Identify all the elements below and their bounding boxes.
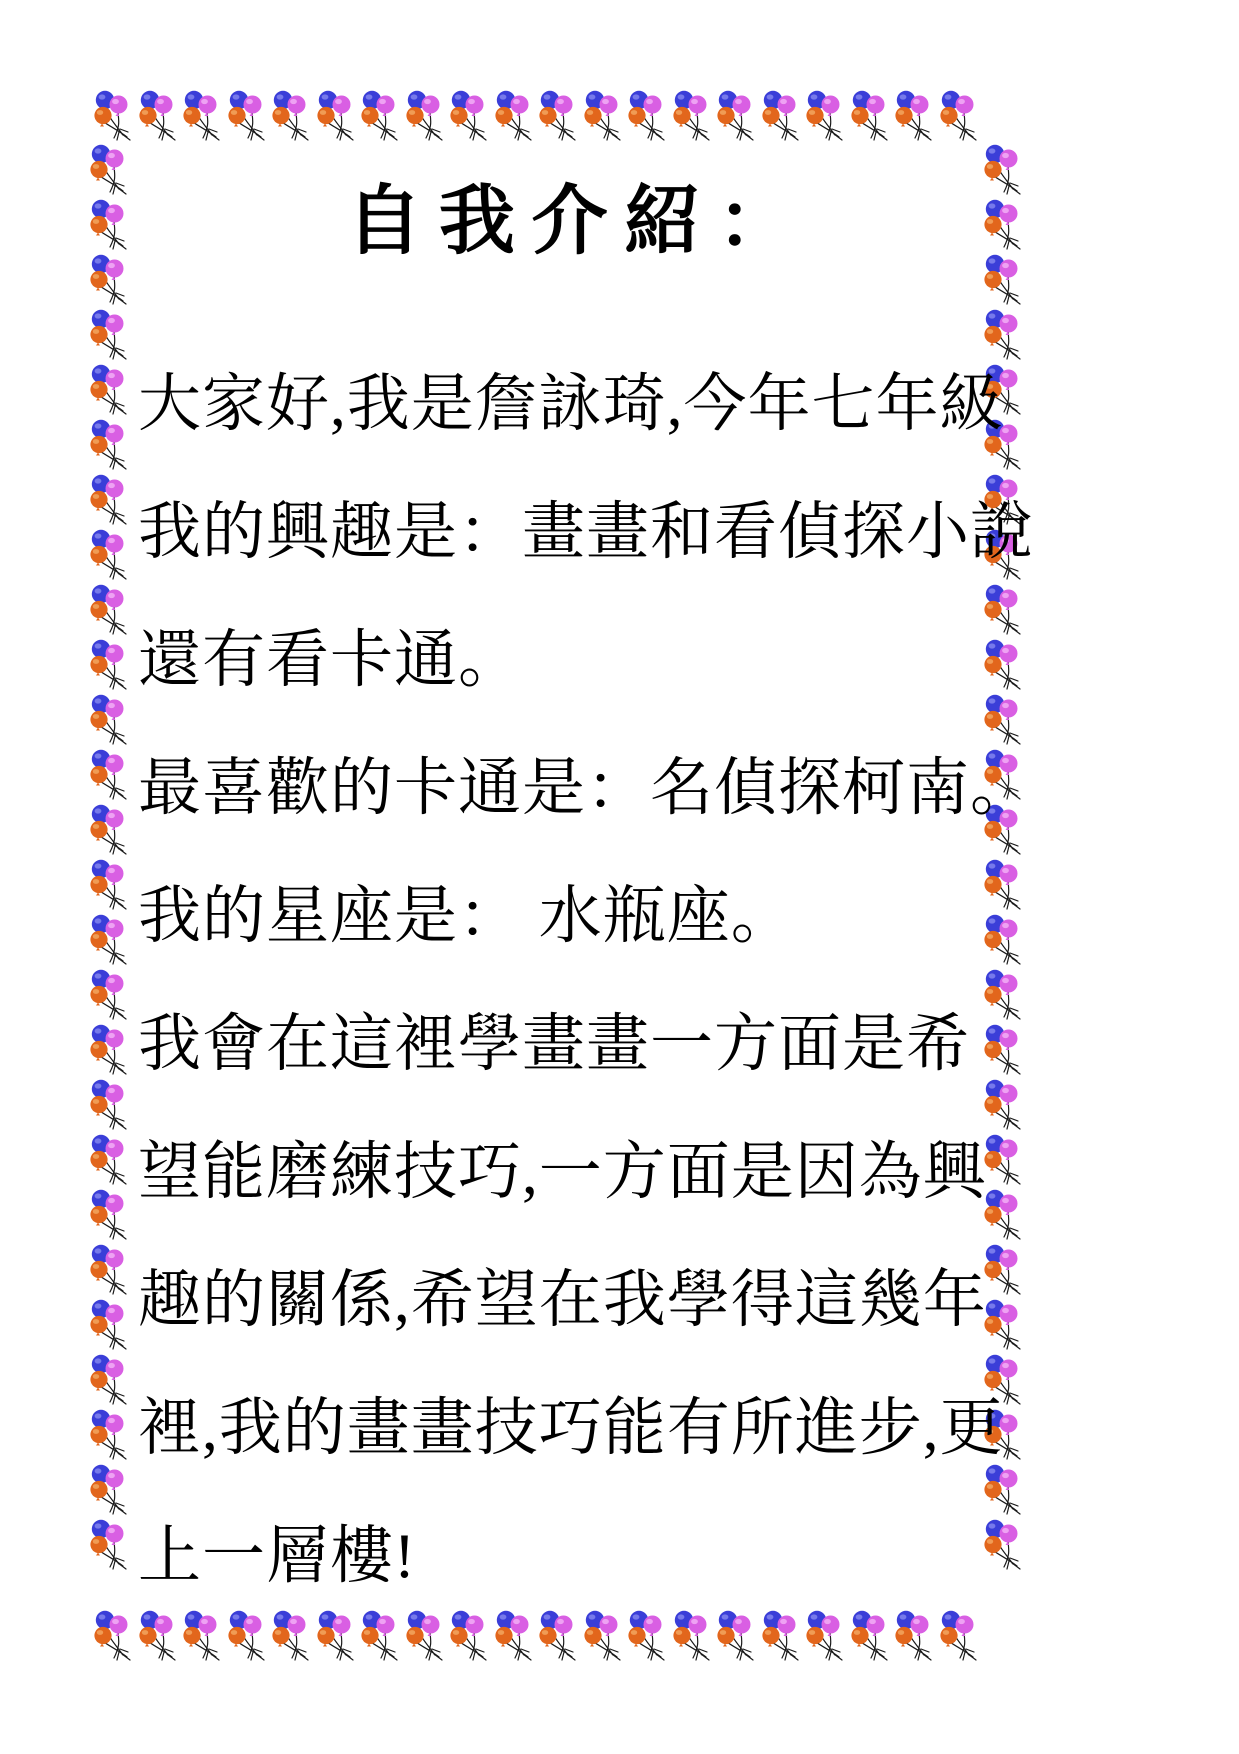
balloon-cluster-icon [88, 1517, 128, 1571]
balloon-cluster-icon [893, 88, 933, 142]
balloon-cluster-icon [88, 1297, 128, 1351]
balloon-cluster-icon [88, 472, 128, 526]
balloon-cluster-icon [804, 88, 844, 142]
balloon-cluster-icon [88, 142, 128, 196]
balloon-cluster-icon [315, 88, 355, 142]
balloon-cluster-icon [88, 802, 128, 856]
balloon-cluster-icon [88, 417, 128, 471]
balloon-cluster-icon [938, 88, 978, 142]
text-line: 趣的關係,希望在我學得這幾年 [138, 1236, 1018, 1364]
balloon-cluster-icon [448, 88, 488, 142]
balloon-cluster-icon [671, 88, 711, 142]
balloon-cluster-icon [849, 88, 889, 142]
balloon-cluster-icon [181, 88, 221, 142]
balloon-cluster-icon [88, 857, 128, 911]
document-page: 自我介紹： 大家好,我是詹詠琦,今年七年級 我的興趣是：畫畫和看偵探小說 還有看… [0, 0, 1239, 1754]
balloon-cluster-icon [88, 307, 128, 361]
text-line: 望能磨練技巧,一方面是因為興 [138, 1108, 1018, 1236]
balloon-cluster-icon [92, 88, 132, 142]
text-line: 最喜歡的卡通是：名偵探柯南。 [138, 724, 1018, 852]
text-line: 我會在這裡學畫畫一方面是希 [138, 980, 1018, 1108]
balloon-cluster-icon [404, 88, 444, 142]
balloon-cluster-icon [88, 747, 128, 801]
balloon-cluster-icon [493, 88, 533, 142]
balloon-cluster-icon [88, 1132, 128, 1186]
balloon-cluster-icon [137, 88, 177, 142]
balloon-cluster-icon [715, 88, 755, 142]
balloon-cluster-icon [537, 88, 577, 142]
balloon-cluster-icon [92, 1608, 132, 1662]
balloon-cluster-icon [359, 88, 399, 142]
balloon-cluster-icon [88, 1462, 128, 1516]
text-line: 我的星座是： 水瓶座。 [138, 852, 1018, 980]
balloon-cluster-icon [582, 88, 622, 142]
balloon-cluster-icon [88, 527, 128, 581]
text-line: 上一層樓! [138, 1492, 1018, 1620]
text-line: 我的興趣是：畫畫和看偵探小說 [138, 468, 1018, 596]
balloon-cluster-icon [88, 362, 128, 416]
balloon-cluster-icon [88, 197, 128, 251]
balloon-cluster-icon [626, 88, 666, 142]
balloon-cluster-icon [760, 88, 800, 142]
page-title: 自我介紹： [138, 160, 1018, 269]
balloon-cluster-icon [88, 1407, 128, 1461]
balloon-cluster-icon [88, 1022, 128, 1076]
paragraph-block: 大家好,我是詹詠琦,今年七年級 我的興趣是：畫畫和看偵探小說 還有看卡通。 最喜… [138, 340, 1018, 1620]
balloon-cluster-icon [270, 88, 310, 142]
balloon-cluster-icon [88, 912, 128, 966]
balloon-cluster-icon [88, 1187, 128, 1241]
balloon-cluster-icon [88, 1077, 128, 1131]
balloon-cluster-icon [88, 692, 128, 746]
balloon-cluster-icon [88, 1242, 128, 1296]
text-line: 裡,我的畫畫技巧能有所進步,更 [138, 1364, 1018, 1492]
text-line: 還有看卡通。 [138, 596, 1018, 724]
balloon-cluster-icon [226, 88, 266, 142]
balloon-cluster-icon [88, 637, 128, 691]
balloon-cluster-icon [88, 582, 128, 636]
balloon-cluster-icon [88, 1352, 128, 1406]
balloon-cluster-icon [88, 252, 128, 306]
text-line: 大家好,我是詹詠琦,今年七年級 [138, 340, 1018, 468]
balloon-cluster-icon [88, 967, 128, 1021]
